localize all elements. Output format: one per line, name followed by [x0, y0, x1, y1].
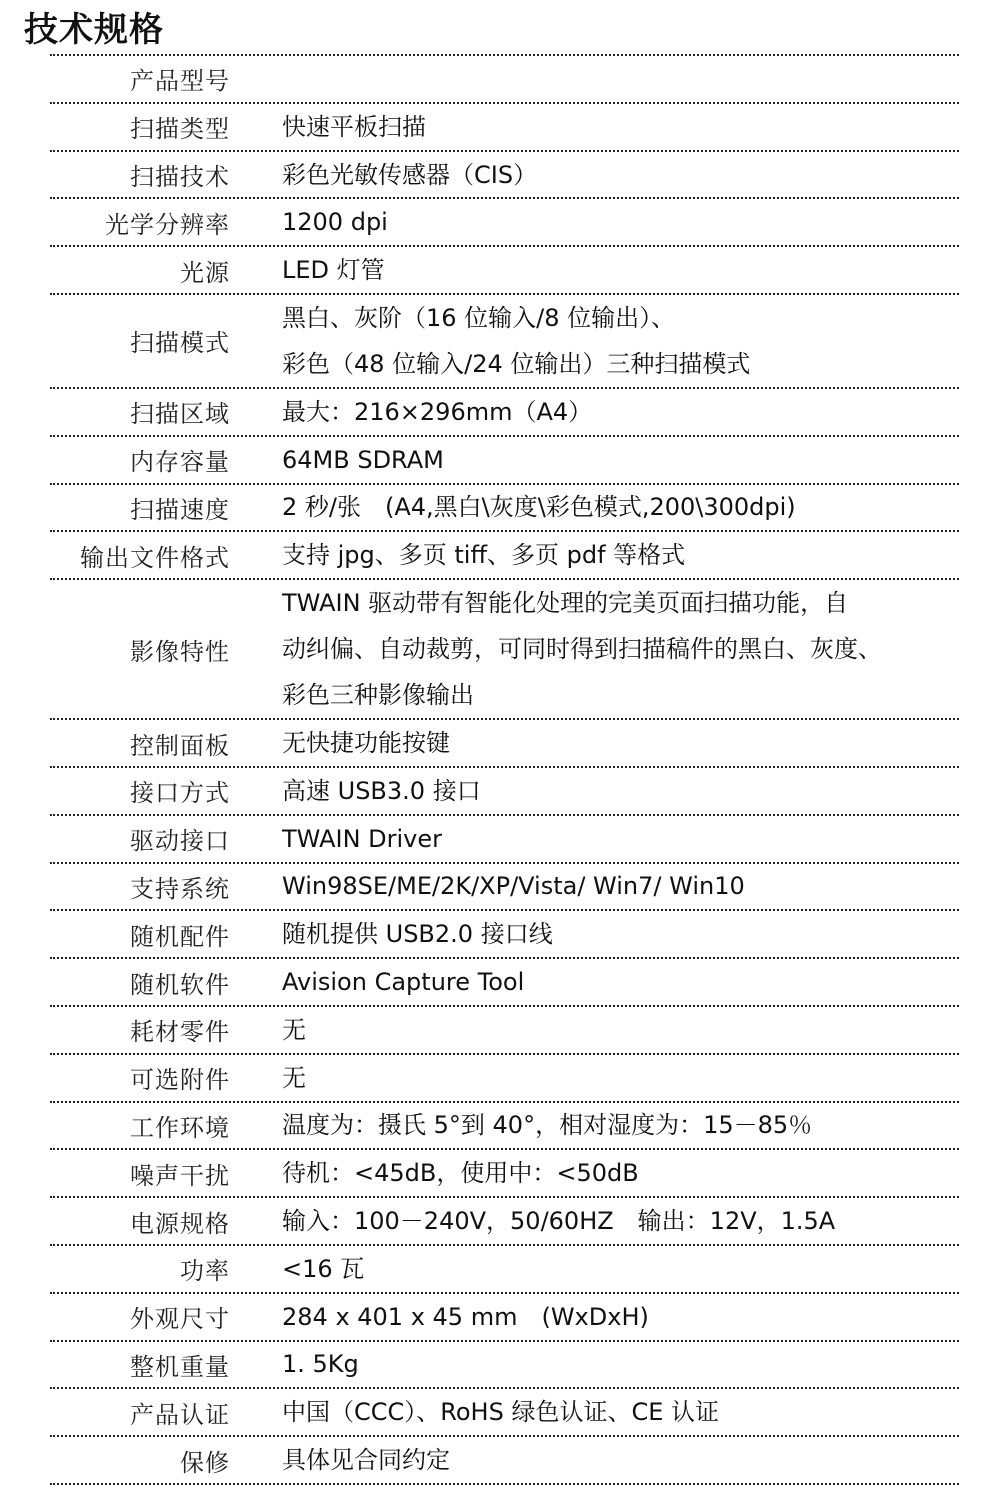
spec-label: 输出文件格式 — [50, 532, 230, 578]
spec-value-line: 随机提供 USB2.0 接口线 — [282, 911, 959, 957]
spec-label: 功率 — [50, 1246, 230, 1292]
spec-label: 扫描类型 — [50, 104, 230, 150]
spec-value-line: 284 x 401 x 45 mm (WxDxH) — [282, 1294, 959, 1340]
spec-label: 影像特性 — [50, 580, 230, 718]
spec-row-resolution: 光学分辨率 1200 dpi — [50, 199, 959, 247]
spec-value-line: <16 瓦 — [282, 1246, 959, 1292]
spec-label: 工作环境 — [50, 1103, 230, 1149]
spec-value: 快速平板扫描 — [230, 104, 959, 150]
spec-label: 耗材零件 — [50, 1007, 230, 1053]
spec-value: 1. 5Kg — [230, 1342, 959, 1388]
spec-row-power: 功率 <16 瓦 — [50, 1246, 959, 1294]
spec-value-line: 彩色三种影像输出 — [282, 672, 959, 718]
spec-value-line: TWAIN Driver — [282, 816, 959, 862]
spec-value: Win98SE/ME/2K/XP/Vista/ Win7/ Win10 — [230, 864, 959, 910]
spec-row-weight: 整机重量 1. 5Kg — [50, 1342, 959, 1390]
spec-label: 外观尺寸 — [50, 1294, 230, 1340]
spec-value: 高速 USB3.0 接口 — [230, 768, 959, 814]
spec-label: 产品认证 — [50, 1389, 230, 1435]
spec-value: 284 x 401 x 45 mm (WxDxH) — [230, 1294, 959, 1340]
spec-value-line: 输入：100－240V，50/60HZ 输出：12V，1.5A — [282, 1198, 959, 1244]
spec-value: 黑白、灰阶（16 位输入/8 位输出）、 彩色（48 位输入/24 位输出）三种… — [230, 295, 959, 387]
spec-row-software: 随机软件 Avision Capture Tool — [50, 959, 959, 1007]
spec-value: 最大：216×296mm（A4） — [230, 389, 959, 435]
spec-value: 支持 jpg、多页 tiff、多页 pdf 等格式 — [230, 532, 959, 578]
spec-row-scan-mode: 扫描模式 黑白、灰阶（16 位输入/8 位输出）、 彩色（48 位输入/24 位… — [50, 295, 959, 389]
spec-value — [230, 56, 959, 102]
spec-row-driver: 驱动接口 TWAIN Driver — [50, 816, 959, 864]
spec-row-accessories: 随机配件 随机提供 USB2.0 接口线 — [50, 911, 959, 959]
spec-value: 1200 dpi — [230, 199, 959, 245]
spec-row-scan-type: 扫描类型 快速平板扫描 — [50, 104, 959, 152]
page-title: 技术规格 — [24, 8, 164, 52]
spec-row-power-spec: 电源规格 输入：100－240V，50/60HZ 输出：12V，1.5A — [50, 1198, 959, 1246]
spec-label: 内存容量 — [50, 437, 230, 483]
spec-row-control-panel: 控制面板 无快捷功能按键 — [50, 720, 959, 768]
spec-label: 整机重量 — [50, 1342, 230, 1388]
spec-value-line: 彩色（48 位输入/24 位输出）三种扫描模式 — [282, 341, 959, 387]
spec-label: 扫描速度 — [50, 485, 230, 531]
spec-value-line: 无 — [282, 1055, 959, 1101]
spec-value-line: 具体见合同约定 — [282, 1437, 959, 1483]
spec-value-line: 中国（CCC）、RoHS 绿色认证、CE 认证 — [282, 1389, 959, 1435]
spec-value-line: 温度为：摄氏 5°到 40°，相对湿度为：15－85％ — [282, 1102, 959, 1148]
spec-value-line: 高速 USB3.0 接口 — [282, 768, 959, 814]
spec-value: 无 — [230, 1055, 959, 1101]
spec-label: 可选附件 — [50, 1055, 230, 1101]
spec-row-optional: 可选附件 无 — [50, 1055, 959, 1103]
spec-row-noise: 噪声干扰 待机：<45dB，使用中：<50dB — [50, 1150, 959, 1198]
spec-label: 扫描技术 — [50, 152, 230, 198]
spec-value-line: LED 灯管 — [282, 247, 959, 293]
spec-row-warranty: 保修 具体见合同约定 — [50, 1437, 959, 1485]
spec-label: 接口方式 — [50, 768, 230, 814]
spec-row-consumables: 耗材零件 无 — [50, 1007, 959, 1055]
spec-row-environment: 工作环境 温度为：摄氏 5°到 40°，相对湿度为：15－85％ — [50, 1103, 959, 1151]
spec-value-line: Win98SE/ME/2K/XP/Vista/ Win7/ Win10 — [282, 863, 959, 909]
spec-row-light-source: 光源 LED 灯管 — [50, 247, 959, 295]
spec-value: 输入：100－240V，50/60HZ 输出：12V，1.5A — [230, 1198, 959, 1244]
spec-value-line: TWAIN 驱动带有智能化处理的完美页面扫描功能，自 — [282, 580, 959, 626]
spec-value: 温度为：摄氏 5°到 40°，相对湿度为：15－85％ — [230, 1103, 959, 1149]
spec-row-model: 产品型号 — [50, 56, 959, 104]
spec-value: 待机：<45dB，使用中：<50dB — [230, 1150, 959, 1196]
spec-value-line: 无 — [282, 1007, 959, 1053]
spec-row-scan-speed: 扫描速度 2 秒/张 (A4,黑白\灰度\彩色模式,200\300dpi) — [50, 485, 959, 533]
spec-row-os: 支持系统 Win98SE/ME/2K/XP/Vista/ Win7/ Win10 — [50, 864, 959, 912]
spec-value-line: 1200 dpi — [282, 199, 959, 245]
spec-label: 控制面板 — [50, 720, 230, 766]
spec-value: 2 秒/张 (A4,黑白\灰度\彩色模式,200\300dpi) — [230, 485, 959, 531]
spec-row-dimensions: 外观尺寸 284 x 401 x 45 mm (WxDxH) — [50, 1294, 959, 1342]
spec-label: 保修 — [50, 1437, 230, 1483]
spec-table: 产品型号 扫描类型 快速平板扫描 扫描技术 彩色光敏传感器（CIS） 光学分辨率… — [50, 54, 959, 1485]
spec-value: 具体见合同约定 — [230, 1437, 959, 1483]
spec-value-line: 最大：216×296mm（A4） — [282, 389, 959, 435]
spec-value: 彩色光敏传感器（CIS） — [230, 152, 959, 198]
spec-label: 随机软件 — [50, 959, 230, 1005]
spec-value: TWAIN Driver — [230, 816, 959, 862]
spec-value: 随机提供 USB2.0 接口线 — [230, 911, 959, 957]
spec-label: 光学分辨率 — [50, 199, 230, 245]
spec-value-line: 1. 5Kg — [282, 1341, 959, 1387]
spec-row-image-features: 影像特性 TWAIN 驱动带有智能化处理的完美页面扫描功能，自 动纠偏、自动裁剪… — [50, 580, 959, 720]
spec-value: TWAIN 驱动带有智能化处理的完美页面扫描功能，自 动纠偏、自动裁剪，可同时得… — [230, 580, 959, 718]
spec-row-interface: 接口方式 高速 USB3.0 接口 — [50, 768, 959, 816]
spec-value: 无 — [230, 1007, 959, 1053]
spec-value: 无快捷功能按键 — [230, 720, 959, 766]
spec-label: 电源规格 — [50, 1198, 230, 1244]
spec-row-memory: 内存容量 64MB SDRAM — [50, 437, 959, 485]
spec-label: 支持系统 — [50, 864, 230, 910]
spec-value-line: 黑白、灰阶（16 位输入/8 位输出）、 — [282, 295, 959, 341]
spec-value-line: 2 秒/张 (A4,黑白\灰度\彩色模式,200\300dpi) — [282, 484, 959, 530]
spec-label: 扫描区域 — [50, 389, 230, 435]
spec-row-certification: 产品认证 中国（CCC）、RoHS 绿色认证、CE 认证 — [50, 1389, 959, 1437]
spec-label: 扫描模式 — [50, 295, 230, 387]
spec-value-line: 无快捷功能按键 — [282, 720, 959, 766]
spec-label: 噪声干扰 — [50, 1150, 230, 1196]
spec-value-line: 快速平板扫描 — [282, 104, 959, 150]
spec-value-line: 64MB SDRAM — [282, 437, 959, 483]
spec-row-scan-tech: 扫描技术 彩色光敏传感器（CIS） — [50, 152, 959, 200]
spec-label: 随机配件 — [50, 911, 230, 957]
spec-label: 产品型号 — [50, 56, 230, 102]
spec-row-scan-area: 扫描区域 最大：216×296mm（A4） — [50, 389, 959, 437]
spec-value-line: 动纠偏、自动裁剪，可同时得到扫描稿件的黑白、灰度、 — [282, 626, 959, 672]
spec-value-line: 待机：<45dB，使用中：<50dB — [282, 1150, 959, 1196]
spec-value: <16 瓦 — [230, 1246, 959, 1292]
spec-value: 中国（CCC）、RoHS 绿色认证、CE 认证 — [230, 1389, 959, 1435]
spec-value: 64MB SDRAM — [230, 437, 959, 483]
spec-row-output-format: 输出文件格式 支持 jpg、多页 tiff、多页 pdf 等格式 — [50, 532, 959, 580]
spec-label: 驱动接口 — [50, 816, 230, 862]
spec-label: 光源 — [50, 247, 230, 293]
spec-value-line: 彩色光敏传感器（CIS） — [282, 152, 959, 198]
spec-value-line: Avision Capture Tool — [282, 959, 959, 1005]
spec-value-line: 支持 jpg、多页 tiff、多页 pdf 等格式 — [282, 532, 959, 578]
spec-value: Avision Capture Tool — [230, 959, 959, 1005]
spec-value: LED 灯管 — [230, 247, 959, 293]
